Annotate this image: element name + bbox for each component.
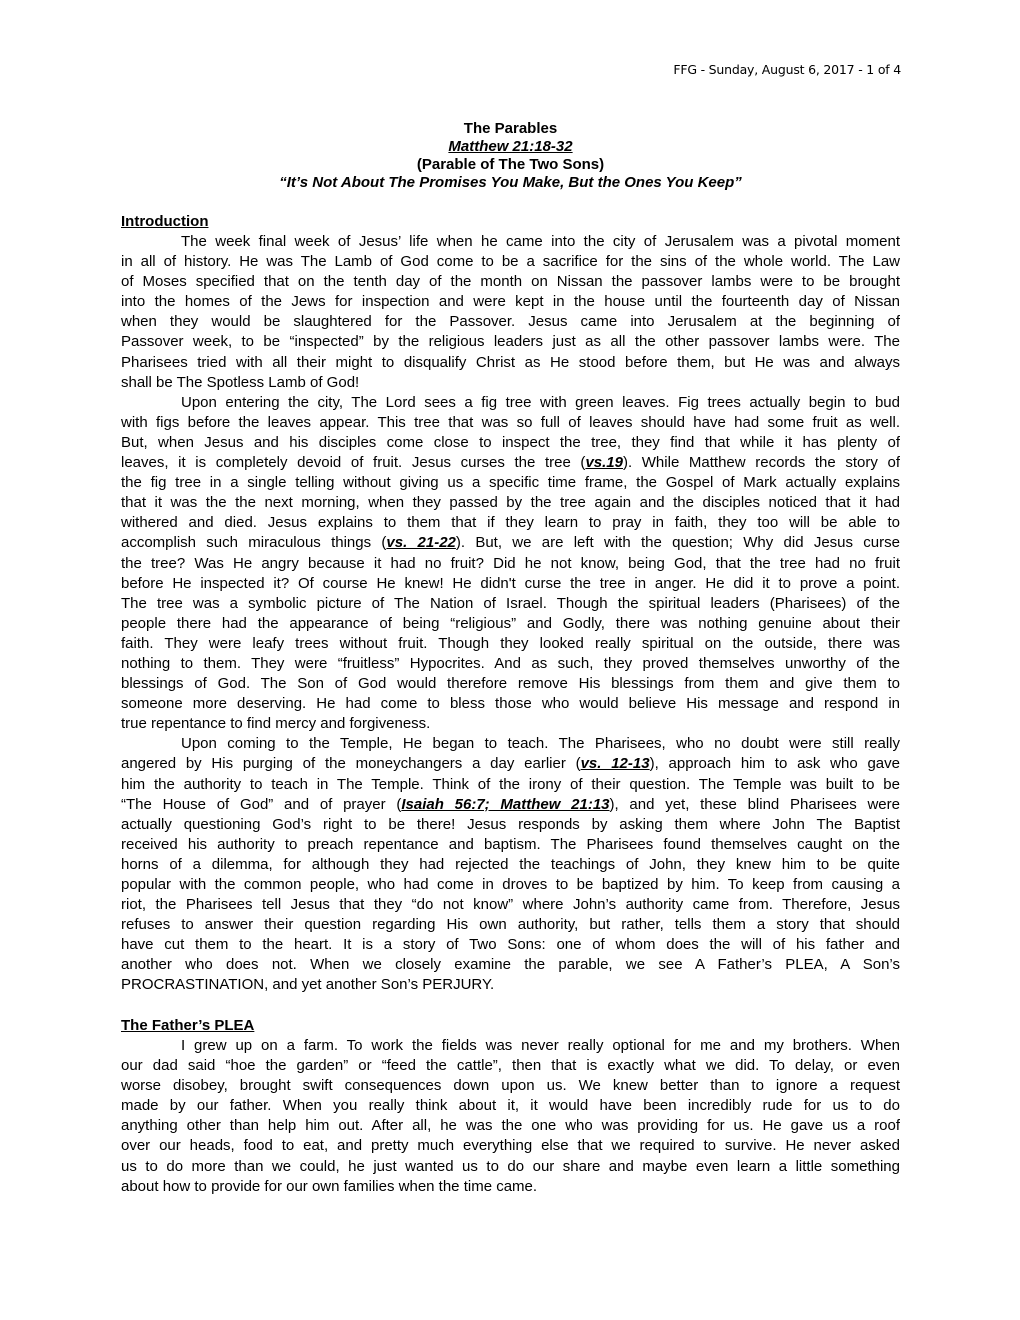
paragraph-line: received his authority to preach repenta… — [121, 835, 900, 855]
paragraph-line: “The House of God” and of prayer (Isaiah… — [121, 795, 900, 815]
paragraph-line: someone more deserving. He had come to b… — [121, 694, 900, 714]
paragraph-line: popular with the common people, who had … — [121, 875, 900, 895]
paragraph-line: horns of a dilemma, for although they ha… — [121, 855, 900, 875]
paragraph-line: riot, the Pharisees tell Jesus that they… — [121, 895, 900, 915]
line-text: leaves, it is completely devoid of fruit… — [121, 454, 585, 471]
title-block: The Parables Matthew 21:18-32 (Parable o… — [121, 120, 900, 192]
document-subtitle: (Parable of The Two Sons) — [121, 156, 900, 174]
paragraph-line: the fig tree in a single telling without… — [121, 473, 900, 493]
line-text: ). But, we are left with the question; W… — [456, 534, 900, 551]
document-tagline: “It’s Not About The Promises You Make, B… — [121, 174, 900, 192]
scripture-citation: Isaiah 56:7; Matthew 21:13 — [401, 796, 609, 813]
paragraph-line: angered by His purging of the moneychang… — [121, 754, 900, 774]
line-text: accomplish such miraculous things ( — [121, 534, 386, 551]
line-text: ), approach him to ask who gave — [650, 755, 900, 772]
paragraph-line: in all of history. He was The Lamb of Go… — [121, 252, 900, 272]
paragraph-line: The week final week of Jesus’ life when … — [121, 232, 900, 252]
paragraph-line: him the authority to teach in The Temple… — [121, 775, 900, 795]
paragraph-line: worse disobey, brought swift consequence… — [121, 1076, 900, 1096]
scripture-citation: vs.19 — [585, 454, 623, 471]
scripture-citation: vs. 21-22 — [386, 534, 456, 551]
paragraph-line: us to do more than we could, he just wan… — [121, 1157, 900, 1177]
paragraph-line: our dad said “hoe the garden” or “feed t… — [121, 1056, 900, 1076]
paragraph-line: withered and died. Jesus explains to the… — [121, 513, 900, 533]
line-text: ), and yet, these blind Pharisees were — [610, 796, 900, 813]
paragraph-line: shall be The Spotless Lamb of God! — [121, 373, 900, 393]
paragraph-line: that it was the the next morning, when t… — [121, 493, 900, 513]
paragraph-line: leaves, it is completely devoid of fruit… — [121, 453, 900, 473]
document-page: FFG - Sunday, August 6, 2017 - 1 of 4 Th… — [0, 0, 1020, 1320]
paragraph-line: over our heads, food to eat, and pretty … — [121, 1136, 900, 1156]
scripture-reference: Matthew 21:18-32 — [448, 138, 572, 155]
paragraph-line: have cut them to the heart. It is a stor… — [121, 935, 900, 955]
paragraph-line: refuses to answer their question regardi… — [121, 915, 900, 935]
section-heading: Introduction — [121, 212, 900, 232]
paragraph-line: PROCRASTINATION, and yet another Son’s P… — [121, 975, 900, 995]
paragraph-line: of Moses specified that on the tenth day… — [121, 272, 900, 292]
paragraph-line: with figs before the leaves appear. This… — [121, 413, 900, 433]
paragraph-line: Passover week, to be “inspected” by the … — [121, 332, 900, 352]
paragraph-line: blessings of God. The Son of God would t… — [121, 674, 900, 694]
paragraph-line: people there had the appearance of being… — [121, 614, 900, 634]
section-fathers-plea: The Father’s PLEA I grew up on a farm. T… — [121, 1016, 900, 1197]
scripture-citation: vs. 12-13 — [581, 755, 650, 772]
line-text: “The House of God” and of prayer ( — [121, 796, 401, 813]
paragraph-line: But, when Jesus and his disciples come c… — [121, 433, 900, 453]
paragraph-line: I grew up on a farm. To work the fields … — [121, 1036, 900, 1056]
paragraph-line: anything other than help him out. After … — [121, 1116, 900, 1136]
paragraph-line: the tree? Was He angry because it had no… — [121, 554, 900, 574]
paragraph-line: Upon entering the city, The Lord sees a … — [121, 393, 900, 413]
paragraph-line: nothing to them. They were “fruitless” H… — [121, 654, 900, 674]
section-heading: The Father’s PLEA — [121, 1016, 900, 1036]
paragraph-line: when they would be slaughtered for the P… — [121, 312, 900, 332]
paragraph-line: made by our father. When you really thin… — [121, 1096, 900, 1116]
line-text: angered by His purging of the moneychang… — [121, 755, 581, 772]
paragraph-line: Upon coming to the Temple, He began to t… — [121, 734, 900, 754]
paragraph-line: true repentance to find mercy and forgiv… — [121, 714, 900, 734]
paragraph-line: accomplish such miraculous things (vs. 2… — [121, 533, 900, 553]
running-header: FFG - Sunday, August 6, 2017 - 1 of 4 — [673, 62, 901, 77]
paragraph-line: actually questioning God’s right to be t… — [121, 815, 900, 835]
paragraph-line: The tree was a symbolic picture of The N… — [121, 594, 900, 614]
paragraph-line: another who does not. When we closely ex… — [121, 955, 900, 975]
section-introduction: Introduction The week final week of Jesu… — [121, 212, 900, 996]
paragraph-line: about how to provide for our own familie… — [121, 1177, 900, 1197]
paragraph-line: Pharisees tried with all their might to … — [121, 353, 900, 373]
paragraph-line: faith. They were leafy trees without fru… — [121, 634, 900, 654]
document-title: The Parables — [121, 120, 900, 138]
line-text: ). While Matthew records the story of — [623, 454, 900, 471]
paragraph-line: into the homes of the Jews for inspectio… — [121, 292, 900, 312]
paragraph-line: before He inspected it? Of course He kne… — [121, 574, 900, 594]
